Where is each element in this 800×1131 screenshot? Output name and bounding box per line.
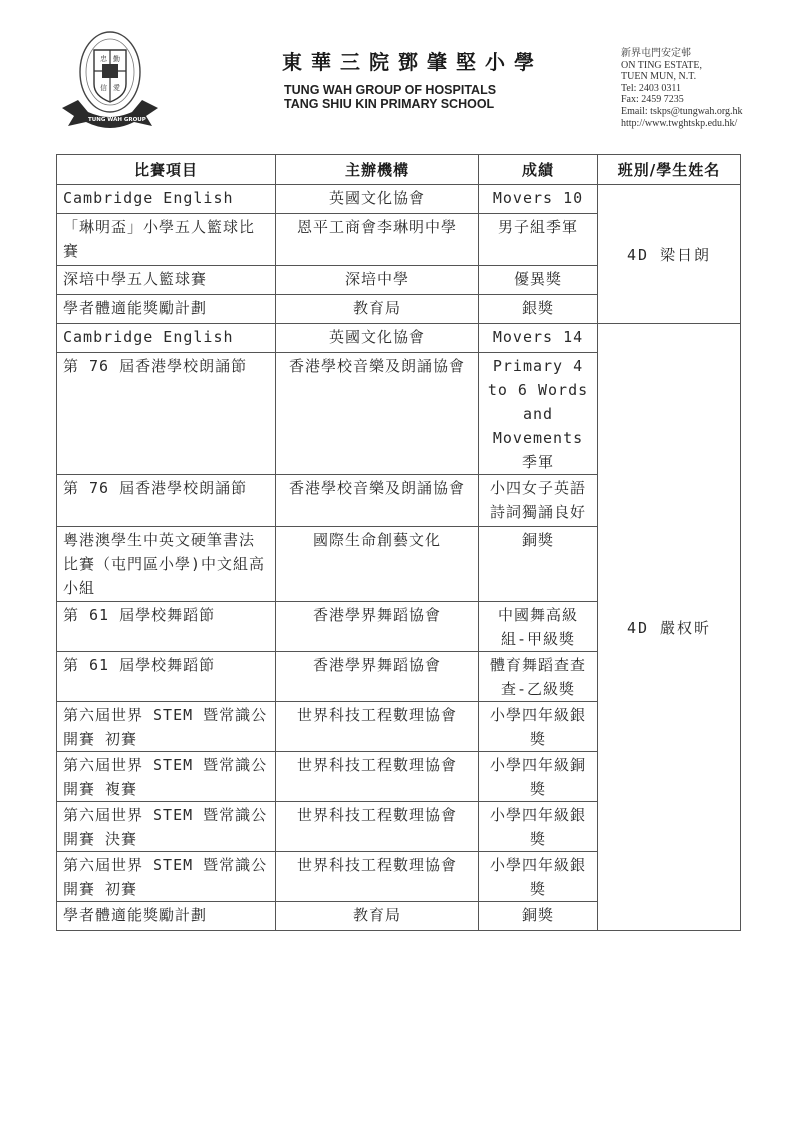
competition-cell: 第 76 屆香港學校朗誦節 [57,475,276,527]
fax: Fax: 2459 7235 [621,94,743,106]
competition-cell: Cambridge English [57,185,276,214]
competition-cell: Cambridge English [57,324,276,353]
competition-cell: 學者體適能獎勵計劃 [57,902,276,931]
competition-cell: 學者體適能獎勵計劃 [57,295,276,324]
column-header-organizer: 主辦機構 [276,155,479,185]
result-cell: Primary 4 to 6 Words and Movements 季軍 [479,353,598,475]
website-link[interactable]: http://www.twghtskp.edu.hk/ [621,118,743,130]
svg-text:勤: 勤 [113,54,120,63]
column-header-student: 班別/學生姓名 [598,155,741,185]
table-header-row: 比賽項目 主辦機構 成績 班別/學生姓名 [57,155,741,185]
competition-cell: 第 61 屆學校舞蹈節 [57,602,276,652]
school-name-english-line2: TANG SHIU KIN PRIMARY SCHOOL [284,97,542,111]
table-row: Cambridge English 英國文化協會 Movers 14 4D 嚴权… [57,324,741,353]
result-cell: 銅獎 [479,902,598,931]
result-cell: 小四女子英語詩詞獨誦良好 [479,475,598,527]
organizer-cell: 香港學校音樂及朗誦協會 [276,475,479,527]
organizer-cell: 深培中學 [276,266,479,295]
organizer-cell: 恩平工商會李琳明中學 [276,214,479,266]
competition-cell: 第 76 屆香港學校朗誦節 [57,353,276,475]
organizer-cell: 世界科技工程數理協會 [276,752,479,802]
result-cell: 小學四年級銀獎 [479,802,598,852]
result-cell: 優異獎 [479,266,598,295]
svg-text:信: 信 [100,83,107,92]
column-header-result: 成績 [479,155,598,185]
organizer-cell: 英國文化協會 [276,324,479,353]
competition-cell: 深培中學五人籃球賽 [57,266,276,295]
organizer-cell: 香港學界舞蹈協會 [276,602,479,652]
organizer-cell: 教育局 [276,295,479,324]
student-cell: 4D 嚴权昕 [598,324,741,931]
school-name-chinese: 東華三院鄧肇堅小學 [282,46,542,75]
address-line1: ON TING ESTATE, [621,60,743,72]
competition-cell: 第六屆世界 STEM 暨常識公開賽 決賽 [57,802,276,852]
school-name-english-line1: TUNG WAH GROUP OF HOSPITALS [284,83,542,97]
result-cell: 銅獎 [479,527,598,602]
organizer-cell: 世界科技工程數理協會 [276,802,479,852]
column-header-competition: 比賽項目 [57,155,276,185]
organizer-cell: 英國文化協會 [276,185,479,214]
organizer-cell: 世界科技工程數理協會 [276,702,479,752]
competition-cell: 第六屆世界 STEM 暨常識公開賽 初賽 [57,702,276,752]
table-row: Cambridge English 英國文化協會 Movers 10 4D 梁日… [57,185,741,214]
svg-text:TUNG WAH GROUP: TUNG WAH GROUP [88,117,146,123]
student-cell: 4D 梁日朗 [598,185,741,324]
result-cell: Movers 10 [479,185,598,214]
organizer-cell: 世界科技工程數理協會 [276,852,479,902]
organizer-cell: 香港學界舞蹈協會 [276,652,479,702]
svg-text:愛: 愛 [113,83,120,92]
result-cell: 小學四年級銀獎 [479,702,598,752]
result-cell: 中國舞高級組-甲級獎 [479,602,598,652]
address-chinese: 新界屯門安定邨 [621,48,743,60]
result-cell: 小學四年級銀獎 [479,852,598,902]
competition-cell: 粵港澳學生中英文硬筆書法比賽（屯門區小學)中文組高小組 [57,527,276,602]
result-cell: 男子組季軍 [479,214,598,266]
organizer-cell: 國際生命創藝文化 [276,527,479,602]
letterhead-title: 東華三院鄧肇堅小學 TUNG WAH GROUP OF HOSPITALS TA… [272,46,542,111]
awards-table: 比賽項目 主辦機構 成績 班別/學生姓名 Cambridge English 英… [56,154,741,931]
result-cell: 體育舞蹈查查查-乙級獎 [479,652,598,702]
competition-cell: 第 61 屆學校舞蹈節 [57,652,276,702]
contact-block: 新界屯門安定邨 ON TING ESTATE, TUEN MUN, N.T. T… [621,48,743,129]
competition-cell: 「琳明盃」小學五人籃球比賽 [57,214,276,266]
email: Email: tskps@tungwah.org.hk [621,106,743,118]
competition-cell: 第六屆世界 STEM 暨常識公開賽 初賽 [57,852,276,902]
competition-cell: 第六屆世界 STEM 暨常識公開賽 複賽 [57,752,276,802]
result-cell: 小學四年級銅獎 [479,752,598,802]
organizer-cell: 香港學校音樂及朗誦協會 [276,353,479,475]
telephone: Tel: 2403 0311 [621,83,743,95]
svg-text:忠: 忠 [100,54,108,63]
organizer-cell: 教育局 [276,902,479,931]
address-line2: TUEN MUN, N.T. [621,71,743,83]
school-crest-icon: 忠 勤 信 愛 TUNG WAH GROUP [58,26,162,136]
result-cell: 銀獎 [479,295,598,324]
result-cell: Movers 14 [479,324,598,353]
